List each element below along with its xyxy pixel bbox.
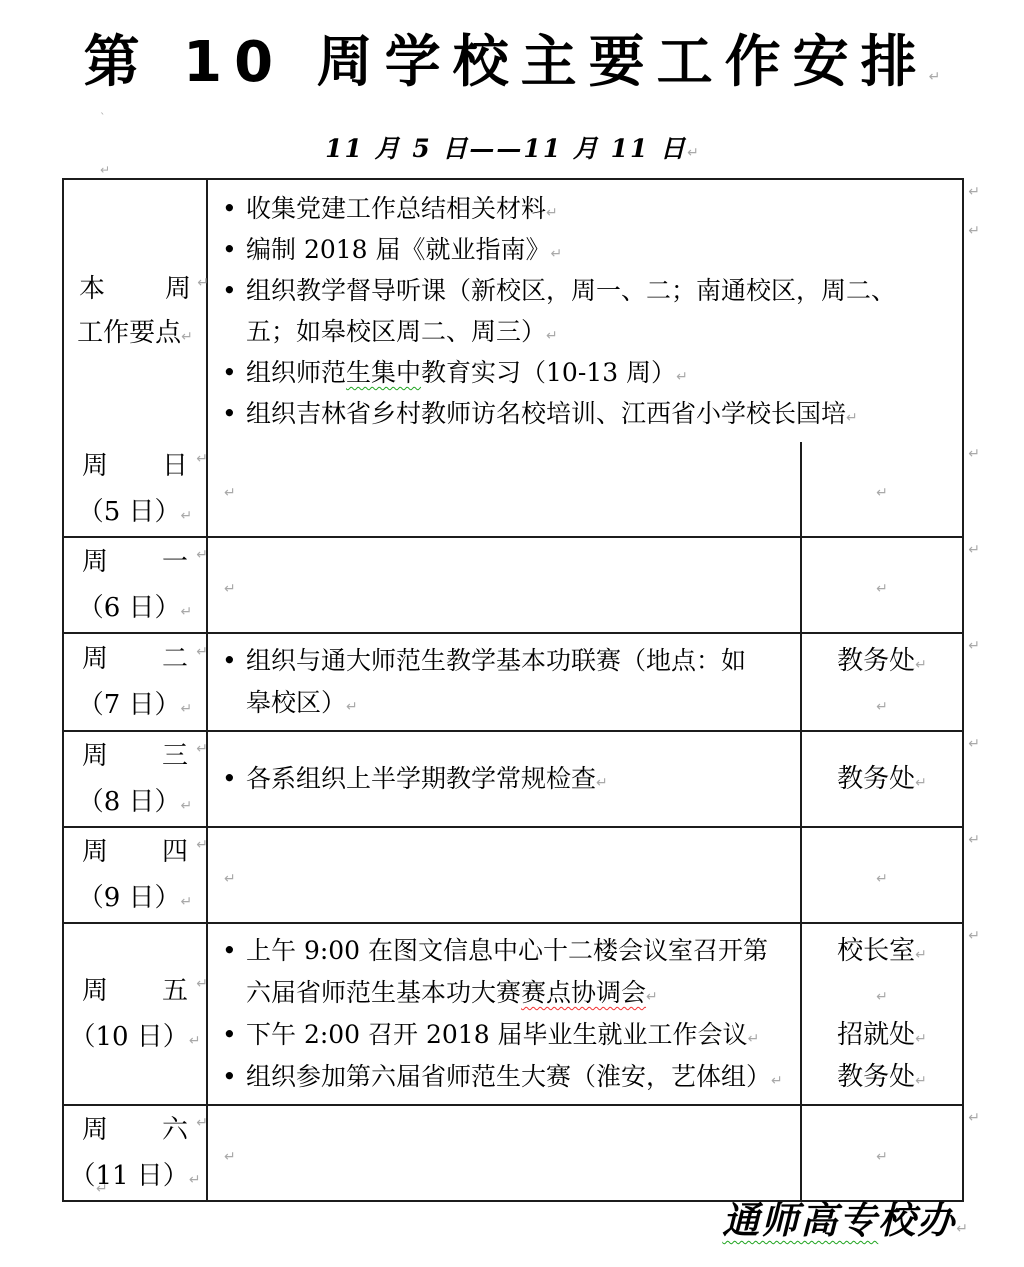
day-label-left: 周	[82, 539, 108, 585]
content-cell: •组织与通大师范生教学基本功联赛（地点：如皋校区）↵	[206, 634, 800, 730]
department-cell: ↵	[800, 538, 962, 632]
text-segment: 生集中	[346, 358, 421, 387]
paragraph-mark-icon: ↵	[196, 838, 208, 852]
day-date-text: （6 日）	[78, 593, 181, 623]
paragraph-mark-icon: ↵	[915, 947, 927, 963]
bullet-icon: •	[222, 229, 246, 270]
day-cell: 周五↵（10 日）↵	[64, 924, 206, 1104]
empty-paragraph: ↵	[876, 854, 888, 896]
paragraph-mark-icon: ↵	[929, 69, 941, 85]
content-cell: •各系组织上半学期教学常规检查↵	[206, 732, 800, 826]
day-cell: 周三↵（8 日）↵	[64, 732, 206, 826]
empty-paragraph: ↵	[876, 564, 888, 606]
day-label-left: 周	[82, 829, 108, 875]
bullet-item: •组织与通大师范生教学基本功联赛（地点：如皋校区）↵	[222, 640, 792, 724]
day-label-right: 日	[162, 443, 188, 489]
paragraph-mark-icon: ↵	[546, 205, 558, 221]
department-text: 招就处	[837, 1020, 915, 1050]
paragraph-mark-icon: ↵	[196, 977, 208, 991]
bullet-item: •组织师范生集中教育实习（10-13 周）↵	[222, 352, 954, 393]
content-cell: ↵	[206, 538, 800, 632]
paragraph-mark-icon: ↵	[196, 548, 208, 562]
paragraph-mark-icon: ↵	[771, 1073, 783, 1089]
day-label-left: 周	[82, 733, 108, 779]
schedule-row: 周一↵（6 日）↵↵↵↵	[64, 536, 962, 632]
paragraph-mark-icon: ↵	[196, 452, 208, 466]
text-segment: 六届省师范生基本功大赛	[246, 978, 521, 1007]
paragraph-mark-icon: ↵	[224, 485, 236, 501]
paragraph-mark-icon: ↵	[196, 1116, 208, 1130]
paragraph-mark-icon: ↵	[196, 645, 208, 659]
paragraph-mark-icon: ↵	[876, 989, 888, 1005]
department-text: 教务处	[837, 1062, 915, 1092]
department-text: 教务处	[837, 764, 915, 794]
paragraph-mark-icon: ↵	[676, 369, 688, 385]
paragraph-mark-icon: ↵	[189, 1033, 201, 1049]
date-range-subtitle: 11 月 5 日——11 月 11 日↵	[0, 132, 1024, 166]
document-page: 第 10 周学校主要工作安排↵ ` ↵ 11 月 5 日——11 月 11 日↵…	[0, 0, 1024, 1267]
bullet-text: 组织与通大师范生教学基本功联赛（地点：如皋校区）↵	[246, 640, 792, 724]
day-label-left: 周	[82, 443, 108, 489]
bullet-text: 上午 9:00 在图文信息中心十二楼会议室召开第六届省师范生基本功大赛赛点协调会…	[246, 930, 792, 1014]
content-cell: ↵	[206, 1106, 800, 1200]
bullet-icon: •	[222, 640, 246, 682]
text-segment: 皋校区）	[246, 688, 346, 717]
day-label: 周五↵	[82, 968, 188, 1014]
paragraph-mark-icon: ↵	[687, 145, 699, 161]
schedule-row: 周日↵（5 日）↵↵↵↵	[64, 442, 962, 536]
empty-paragraph: ↵	[876, 468, 888, 510]
day-label: 周三↵	[82, 733, 188, 779]
paragraph-mark-icon: ↵	[956, 1221, 968, 1237]
bullet-text: 下午 2:00 召开 2018 届毕业生就业工作会议↵	[246, 1014, 792, 1056]
content-cell: ↵	[206, 828, 800, 922]
text-segment: 组织吉林省乡村教师访名校培训、江西省小学校长国培	[246, 399, 846, 428]
day-label: 周四↵	[82, 829, 188, 875]
signature-text: 校办	[878, 1198, 956, 1242]
bullet-icon: •	[222, 1014, 246, 1056]
paragraph-mark-icon: ↵	[181, 798, 193, 814]
text-segment: 下午 2:00 召开 2018 届毕业生就业工作会议	[246, 1020, 748, 1049]
paragraph-mark-icon: ↵	[189, 1172, 201, 1188]
bullet-text: 组织教学督导听课（新校区，周一、二；南通校区，周二、五；如皋校区周二、周三）↵	[246, 270, 954, 352]
day-label-right: 一	[162, 539, 188, 585]
schedule-row: 周三↵（8 日）↵•各系组织上半学期教学常规检查↵教务处↵↵	[64, 730, 962, 826]
text-segment: 收集党建工作总结相关材料	[246, 194, 546, 223]
bullet-item: •各系组织上半学期教学常规检查↵	[222, 758, 792, 800]
day-date: （5 日）↵	[78, 489, 193, 535]
paragraph-mark-icon: ↵	[915, 1073, 927, 1089]
row-end-mark-icon: ↵	[968, 224, 980, 238]
day-label: 周一↵	[82, 539, 188, 585]
day-date-text: （7 日）	[78, 690, 181, 720]
paragraph-mark-icon: ↵	[968, 737, 980, 751]
day-cell: 周一↵（6 日）↵	[64, 538, 206, 632]
department-line: ↵	[876, 682, 888, 724]
department-cell: 教务处↵	[800, 732, 962, 826]
summary-label-line2: 工作要点↵	[77, 311, 193, 355]
paragraph-mark-icon: ↵	[915, 657, 927, 673]
paragraph-mark-icon: ↵	[968, 447, 980, 461]
empty-paragraph: ↵	[222, 854, 792, 896]
text-segment: 教育实习（10-13 周）	[421, 358, 676, 387]
paragraph-mark-icon: ↵	[748, 1031, 760, 1047]
day-date-text: （10 日）	[69, 1022, 188, 1052]
paragraph-mark-icon: ↵	[224, 1149, 236, 1165]
page-title-text: 第 10 周学校主要工作安排	[84, 30, 929, 95]
day-label-right: 二	[162, 636, 188, 682]
paragraph-mark-icon: ↵	[876, 1149, 888, 1165]
empty-paragraph: ↵	[876, 1132, 888, 1174]
paragraph-mark-icon: ↵	[876, 485, 888, 501]
day-label-left: 周	[82, 968, 108, 1014]
empty-paragraph: ↵	[222, 468, 792, 510]
day-date-text: （5 日）	[78, 497, 181, 527]
text-segment: 上午 9:00 在图文信息中心十二楼会议室召开第	[246, 936, 768, 965]
summary-label-left: 本	[79, 267, 105, 311]
footer-signature: 通师高专校办↵	[722, 1194, 968, 1246]
bullet-item: •组织教学督导听课（新校区，周一、二；南通校区，周二、五；如皋校区周二、周三）↵	[222, 270, 954, 352]
bullet-icon: •	[222, 758, 246, 800]
paragraph-mark-icon: `	[100, 112, 106, 123]
paragraph-mark-icon: ↵	[968, 639, 980, 653]
day-label: 周六↵	[82, 1107, 188, 1153]
bullet-icon: •	[222, 930, 246, 972]
paragraph-mark-icon: ↵	[968, 833, 980, 847]
bullet-item: •下午 2:00 召开 2018 届毕业生就业工作会议↵	[222, 1014, 792, 1056]
department-line: 招就处↵	[837, 1014, 927, 1056]
schedule-row: 周二↵（7 日）↵•组织与通大师范生教学基本功联赛（地点：如皋校区）↵教务处↵↵…	[64, 632, 962, 730]
paragraph-mark-icon: ↵	[181, 329, 193, 345]
day-date: （7 日）↵	[78, 682, 193, 728]
paragraph-mark-icon: ↵	[346, 699, 358, 715]
department-cell: 校长室↵↵招就处↵教务处↵	[800, 924, 962, 1104]
paragraph-mark-icon: ↵	[224, 871, 236, 887]
bullet-text: 编制 2018 届《就业指南》↵	[246, 229, 954, 270]
bullet-icon: •	[222, 352, 246, 393]
day-cell: 周四↵（9 日）↵	[64, 828, 206, 922]
bullet-text: 各系组织上半学期教学常规检查↵	[246, 758, 792, 800]
bullet-icon: •	[222, 1056, 246, 1098]
paragraph-mark-icon: ↵	[915, 775, 927, 791]
summary-label-text: 工作要点	[77, 318, 181, 348]
paragraph-mark-icon: ↵	[968, 543, 980, 557]
day-label: 周日↵	[82, 443, 188, 489]
bullet-item: •组织参加第六届省师范生大赛（淮安，艺体组）↵	[222, 1056, 792, 1098]
bullet-item: •上午 9:00 在图文信息中心十二楼会议室召开第六届省师范生基本功大赛赛点协调…	[222, 930, 792, 1014]
day-label-right: 六	[162, 1107, 188, 1153]
paragraph-mark-icon: ↵	[181, 894, 193, 910]
text-segment: 组织与通大师范生教学基本功联赛（地点：如	[246, 646, 746, 675]
summary-label-right: 周	[165, 267, 191, 311]
content-cell: •上午 9:00 在图文信息中心十二楼会议室召开第六届省师范生基本功大赛赛点协调…	[206, 924, 800, 1104]
department-line: 校长室↵	[837, 930, 927, 972]
text-segment: 组织参加第六届省师范生大赛（淮安，艺体组）	[246, 1062, 771, 1091]
date-range-text: 11 月 5 日——11 月 11 日	[325, 134, 687, 163]
day-cell: 周六↵（11 日）↵	[64, 1106, 206, 1200]
bullet-text: 组织吉林省乡村教师访名校培训、江西省小学校长国培↵	[246, 393, 954, 434]
schedule-row: 周四↵（9 日）↵↵↵↵	[64, 826, 962, 922]
day-date: （10 日）↵	[69, 1014, 200, 1060]
summary-items-cell: •收集党建工作总结相关材料↵•编制 2018 届《就业指南》↵•组织教学督导听课…	[206, 180, 962, 442]
bullet-icon: •	[222, 393, 246, 434]
paragraph-mark-icon: ↵	[876, 871, 888, 887]
day-rows-container: 周日↵（5 日）↵↵↵↵周一↵（6 日）↵↵↵↵周二↵（7 日）↵•组织与通大师…	[64, 442, 962, 1200]
day-date: （8 日）↵	[78, 779, 193, 825]
row-end-mark-icon: ↵	[968, 185, 980, 199]
department-line: 教务处↵	[837, 1056, 927, 1098]
day-label-left: 周	[82, 636, 108, 682]
paragraph-mark-icon: ↵	[181, 701, 193, 717]
department-cell: ↵	[800, 442, 962, 536]
bullet-item: •组织吉林省乡村教师访名校培训、江西省小学校长国培↵	[222, 393, 954, 434]
text-segment: 赛点协调会	[521, 978, 646, 1007]
day-date-text: （11 日）	[69, 1161, 188, 1191]
bullet-item: •编制 2018 届《就业指南》↵	[222, 229, 954, 270]
paragraph-mark-icon: ↵	[968, 929, 980, 943]
paragraph-mark-icon: ↵	[546, 328, 558, 344]
day-label-right: 四	[162, 829, 188, 875]
paragraph-mark-icon: ↵	[197, 276, 209, 290]
bullet-text: 收集党建工作总结相关材料↵	[246, 188, 954, 229]
summary-row: 本 周 ↵ 工作要点↵ •收集党建工作总结相关材料↵•编制 2018 届《就业指…	[64, 180, 962, 442]
paragraph-mark-icon: ↵	[846, 410, 858, 426]
summary-label-line1: 本 周 ↵	[79, 267, 191, 311]
department-text: 教务处	[837, 646, 915, 676]
paragraph-mark-icon: ↵	[968, 1111, 980, 1125]
schedule-row: 周五↵（10 日）↵•上午 9:00 在图文信息中心十二楼会议室召开第六届省师范…	[64, 922, 962, 1104]
bullet-text: 组织参加第六届省师范生大赛（淮安，艺体组）↵	[246, 1056, 792, 1098]
paragraph-mark-icon: ↵	[646, 989, 658, 1005]
text-segment: 编制 2018 届《就业指南》	[246, 235, 551, 264]
paragraph-mark-icon: ↵	[96, 1182, 108, 1196]
summary-label-cell: 本 周 ↵ 工作要点↵	[64, 180, 206, 442]
department-text: 校长室	[837, 936, 915, 966]
paragraph-mark-icon: ↵	[876, 581, 888, 597]
text-segment: 各系组织上半学期教学常规检查	[246, 764, 596, 793]
day-label-right: 三	[162, 733, 188, 779]
department-cell: ↵	[800, 1106, 962, 1200]
paragraph-mark-icon: ↵	[551, 246, 563, 262]
day-date-text: （9 日）	[78, 883, 181, 913]
content-cell: ↵	[206, 442, 800, 536]
schedule-table: 本 周 ↵ 工作要点↵ •收集党建工作总结相关材料↵•编制 2018 届《就业指…	[62, 178, 964, 1202]
paragraph-mark-icon: ↵	[196, 742, 208, 756]
paragraph-mark-icon: ↵	[181, 604, 193, 620]
department-line: 教务处↵	[837, 758, 927, 800]
paragraph-mark-icon: ↵	[915, 1031, 927, 1047]
department-line: ↵	[876, 972, 888, 1014]
department-cell: ↵	[800, 828, 962, 922]
bullet-icon: •	[222, 270, 246, 311]
text-segment: 组织师范	[246, 358, 346, 387]
paragraph-mark-icon: ↵	[224, 581, 236, 597]
day-date-text: （8 日）	[78, 787, 181, 817]
empty-paragraph: ↵	[222, 1132, 792, 1174]
paragraph-mark-icon: ↵	[181, 508, 193, 524]
text-segment: 五；如皋校区周二、周三）	[246, 317, 546, 346]
paragraph-mark-icon: ↵	[596, 775, 608, 791]
day-date: （9 日）↵	[78, 875, 193, 921]
day-label-left: 周	[82, 1107, 108, 1153]
page-title: 第 10 周学校主要工作安排↵	[0, 26, 1024, 100]
day-date: （11 日）↵	[69, 1153, 200, 1199]
text-segment: 组织教学督导听课（新校区，周一、二；南通校区，周二、	[246, 276, 896, 305]
day-label-right: 五	[162, 968, 188, 1014]
bullet-item: •收集党建工作总结相关材料↵	[222, 188, 954, 229]
signature-text-underlined: 通师高专	[722, 1198, 878, 1242]
department-cell: 教务处↵↵	[800, 634, 962, 730]
day-label: 周二↵	[82, 636, 188, 682]
bullet-icon: •	[222, 188, 246, 229]
day-cell: 周日↵（5 日）↵	[64, 442, 206, 536]
day-date: （6 日）↵	[78, 585, 193, 631]
empty-paragraph: ↵	[222, 564, 792, 606]
bullet-text: 组织师范生集中教育实习（10-13 周）↵	[246, 352, 954, 393]
day-cell: 周二↵（7 日）↵	[64, 634, 206, 730]
paragraph-mark-icon: ↵	[876, 699, 888, 715]
department-line: 教务处↵	[837, 640, 927, 682]
schedule-row: 周六↵（11 日）↵↵↵↵	[64, 1104, 962, 1200]
